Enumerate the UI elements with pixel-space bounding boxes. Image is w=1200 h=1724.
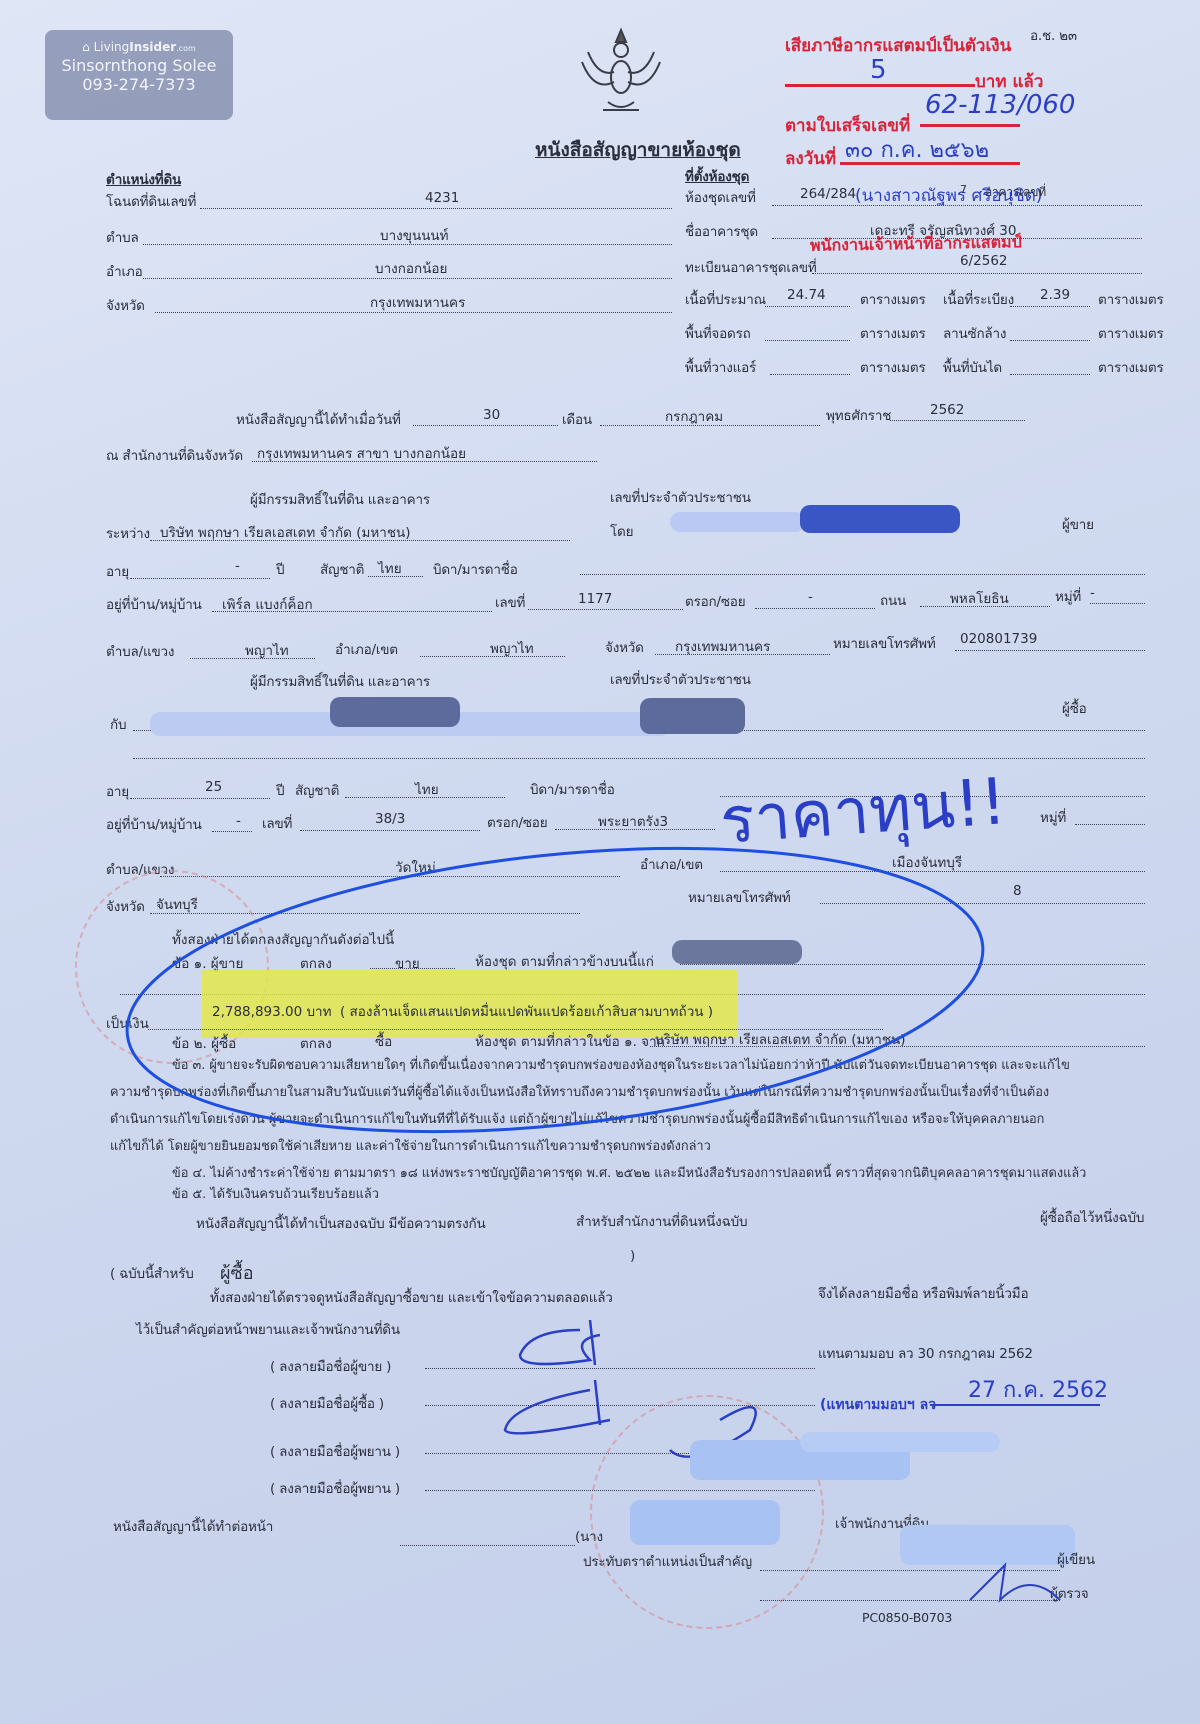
redaction [900, 1525, 1075, 1565]
redaction [630, 1500, 780, 1545]
close-paren: ) [630, 1248, 635, 1264]
made-before-label: หนังสือสัญญานี้ได้ทำต่อหน้า [113, 1515, 273, 1537]
copies-made-two: หนังสือสัญญานี้ได้ทำเป็นสองฉบับ มีข้อควา… [196, 1212, 485, 1234]
buyer-sign-label: ( ลงลายมือชื่อผู้ซื้อ ) [270, 1392, 384, 1414]
witness2-sign-line [425, 1490, 815, 1491]
seller-proxy: แทนตามมอบ ลว 30 กรกฎาคม 2562 [818, 1342, 1033, 1364]
this-copy-for: ผู้ซื้อ [220, 1258, 254, 1287]
this-copy-label: ( ฉบับนี้สำหรับ [110, 1262, 194, 1284]
copies-signed: จึงได้ลงลายมือชื่อ หรือพิมพ์ลายนิ้วมือ [818, 1282, 1028, 1304]
buyer-proxy: (แทนตามมอบฯ ลว [820, 1394, 936, 1416]
buyer-proxy-date: 27 ก.ค. 2562 [968, 1372, 1108, 1407]
copies-buyer: ผู้ซื้อถือไว้หนึ่งฉบับ [1040, 1206, 1144, 1228]
checker-signature-icon [960, 1560, 1070, 1610]
handwritten-note: ราคาทุน!! [717, 750, 1010, 872]
copies-office: สำหรับสำนักงานที่ดินหนึ่งฉบับ [576, 1210, 747, 1232]
witness2-sign-label: ( ลงลายมือชื่อผู้พยาน ) [270, 1477, 400, 1499]
witness-note: ไว้เป็นสำคัญต่อหน้าพยานและเจ้าพนักงานที่… [136, 1318, 400, 1340]
copies-reviewed: ทั้งสองฝ่ายได้ตรวจดูหนังสือสัญญาซื้อขาย … [210, 1286, 613, 1308]
witness1-sign-label: ( ลงลายมือชื่อผู้พยาน ) [270, 1440, 400, 1462]
seller-sign-label: ( ลงลายมือชื่อผู้ขาย ) [270, 1355, 391, 1377]
redaction [800, 1432, 1000, 1452]
seal-note: ประทับตราตำแหน่งเป็นสำคัญ [583, 1550, 752, 1572]
official-sign-line [400, 1545, 575, 1546]
official-prefix: (นาง [575, 1525, 603, 1547]
proxy-date-line [930, 1404, 1100, 1406]
contract-document: ⌂ LivingInsider.com Sinsornthong Solee 0… [0, 0, 1200, 1724]
doc-code: PC0850-B0703 [862, 1610, 952, 1625]
